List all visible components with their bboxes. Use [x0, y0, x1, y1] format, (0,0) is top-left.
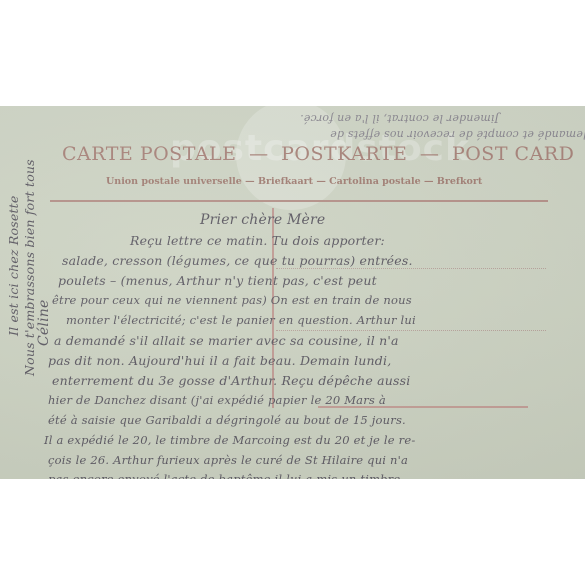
header-subtitle: Union postale universelle — Briefkaart —… — [106, 176, 506, 187]
message-line: Il a expédié le 20, le timbre de Marcoin… — [44, 433, 415, 447]
header-title-german: POSTKARTE — [281, 143, 407, 165]
message-line: Reçu lettre ce matin. Tu dois apporter: — [130, 233, 385, 248]
message-line: pas dit non. Aujourd'hui il a fait beau.… — [48, 353, 391, 368]
header-separator: — — [420, 143, 440, 165]
message-line: pas encore envoyé l'acte de baptême il l… — [48, 472, 400, 479]
message-line: hier de Danchez disant (j'ai expédié pap… — [48, 393, 386, 407]
address-line-dotted — [276, 330, 546, 331]
header-divider — [50, 200, 548, 202]
address-line-dotted — [276, 268, 546, 269]
message-line: poulets – (menus, Arthur n'y tient pas, … — [58, 273, 377, 288]
message-line: a demandé s'il allait se marier avec sa … — [54, 333, 399, 348]
margin-note-line-2: Nous t'embrassons bien fort tous — [22, 159, 37, 376]
header-title-english: POST CARD — [452, 143, 574, 165]
postcard-back: postcardstock Jimender le contrat, il l'… — [0, 106, 585, 479]
message-greeting: Prier chère Mère — [200, 212, 325, 228]
message-line: enterrement du 3e gosse d'Arthur. Reçu d… — [52, 373, 411, 388]
message-line: çois le 26. Arthur furieux après le curé… — [48, 453, 408, 467]
message-line: été à saisie que Garibaldi a dégringolé … — [48, 413, 406, 427]
margin-note-signature: Céline — [36, 300, 52, 346]
margin-note-line-1: Il est ici chez Rosette — [6, 196, 21, 337]
header-title-french: CARTE POSTALE — [62, 143, 237, 165]
postcard-header: CARTE POSTALE — POSTKARTE — POST CARD — [62, 143, 532, 165]
header-separator: — — [249, 143, 269, 165]
upside-down-note-line-1: Jimender le contrat, il l'a en forcé. — [300, 112, 499, 125]
message-line: être pour ceux qui ne viennent pas) On e… — [52, 293, 412, 307]
message-line: monter l'électricité; c'est le panier en… — [66, 313, 416, 327]
upside-down-note-line-2: ce demandé et compté de recevoir nos eff… — [330, 128, 585, 141]
message-line: salade, cresson (légumes, ce que tu pour… — [62, 253, 413, 268]
